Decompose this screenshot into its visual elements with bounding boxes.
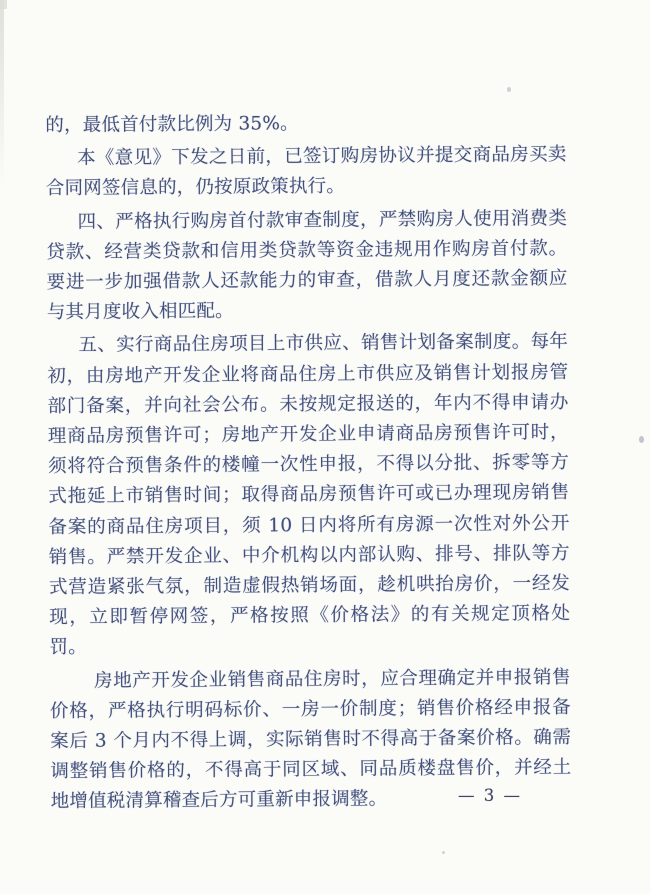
paragraph-item-5-sales-plan-filing: 五、实行商品住房项目上市供应、销售计划备案制度。每年初，由房地产开发企业将商品住… [47, 327, 571, 663]
page-number: — 3 — [458, 786, 522, 805]
scan-edge-shadow [0, 0, 4, 190]
paragraph-item-4-downpayment-review: 四、严格执行购房首付款审查制度，严禁购房人使用消费类贷款、经营类贷款和信用类贷款… [46, 204, 568, 329]
paragraph-transition-clause: 本《意见》下发之日前，已签订购房协议并提交商品房买卖合同网签信息的，仍按原政策执… [45, 140, 566, 204]
document-body-text: 的，最低首付款比例为 35%。 本《意见》下发之日前，已签订购房协议并提交商品房… [45, 107, 572, 818]
scan-corner-artifact [0, 0, 7, 9]
scan-speck [639, 436, 644, 443]
scan-speck [442, 851, 445, 854]
scanned-document-page: 的，最低首付款比例为 35%。 本《意见》下发之日前，已签订购房协议并提交商品房… [0, 0, 650, 894]
paragraph-continuation: 的，最低首付款比例为 35%。 [45, 107, 566, 141]
scan-speck [507, 87, 511, 92]
